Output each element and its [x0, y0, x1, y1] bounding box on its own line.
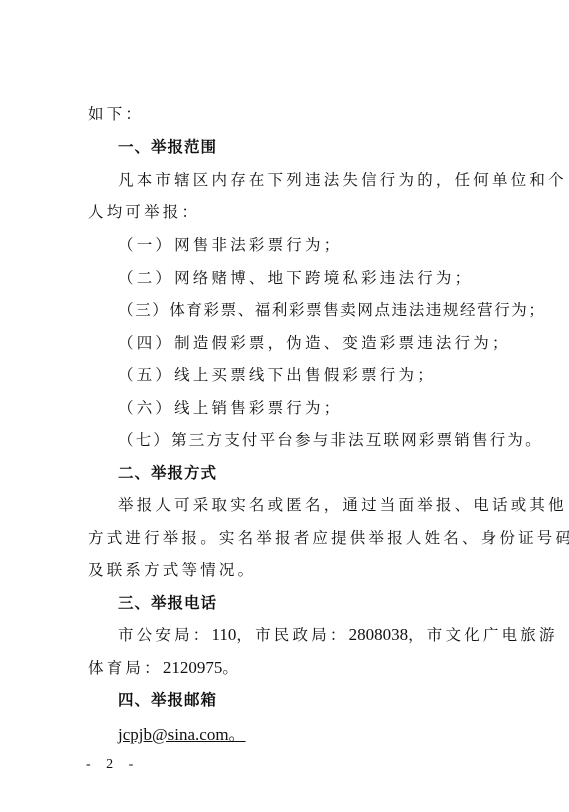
method-paragraph-line-1: 举报人可采取实名或匿名，通过当面举报、电话或其他 — [118, 493, 567, 515]
section-heading-scope: 一、举报范围 — [118, 135, 217, 157]
email-line: jcpjb@sina.com。 — [118, 720, 246, 745]
sports-bureau-label: 体育局： — [88, 659, 163, 677]
list-item-2: （二）网络赌博、地下跨境私彩违法行为； — [118, 266, 473, 288]
section-heading-method: 二、举报方式 — [118, 461, 217, 483]
police-label: 市公安局： — [118, 626, 212, 644]
list-item-7: （七）第三方支付平台参与非法互联网彩票销售行为。 — [118, 428, 543, 450]
phone-paragraph-line-2: 体育局：2120975。 — [88, 656, 241, 678]
section-heading-phone: 三、举报电话 — [118, 591, 217, 613]
list-item-5: （五）线上买票线下出售假彩票行为； — [118, 363, 436, 385]
list-item-1: （一）网售非法彩票行为； — [118, 233, 342, 255]
method-paragraph-line-2: 方式进行举报。实名举报者应提供举报人姓名、身份证号码 — [88, 526, 569, 548]
phone-paragraph-line-1: 市公安局：110，市民政局：2808038，市文化广电旅游 — [118, 623, 558, 645]
list-item-6: （六）线上销售彩票行为； — [118, 396, 342, 418]
list-item-3: （三）体育彩票、福利彩票售卖网点违法违规经营行为； — [118, 298, 546, 320]
police-phone: 110 — [212, 625, 237, 644]
section-heading-email: 四、举报邮箱 — [118, 688, 217, 710]
method-paragraph-line-3: 及联系方式等情况。 — [88, 558, 256, 580]
scope-paragraph-line-2: 人均可举报： — [88, 200, 200, 222]
list-item-4: （四）制造假彩票，伪造、变造彩票违法行为； — [118, 331, 511, 353]
page-number: - 2 - — [86, 757, 139, 773]
period: 。 — [222, 659, 241, 677]
sports-bureau-phone: 2120975 — [163, 658, 223, 677]
civil-affairs-phone: 2808038 — [349, 625, 409, 644]
culture-bureau-label: ，市文化广电旅游 — [408, 626, 558, 644]
civil-affairs-label: ，市民政局： — [236, 626, 348, 644]
scope-paragraph-line-1: 凡本市辖区内存在下列违法失信行为的，任何单位和个 — [118, 168, 567, 190]
report-email-link[interactable]: jcpjb@sina.com。 — [118, 725, 246, 744]
intro-line: 如下： — [88, 102, 144, 124]
